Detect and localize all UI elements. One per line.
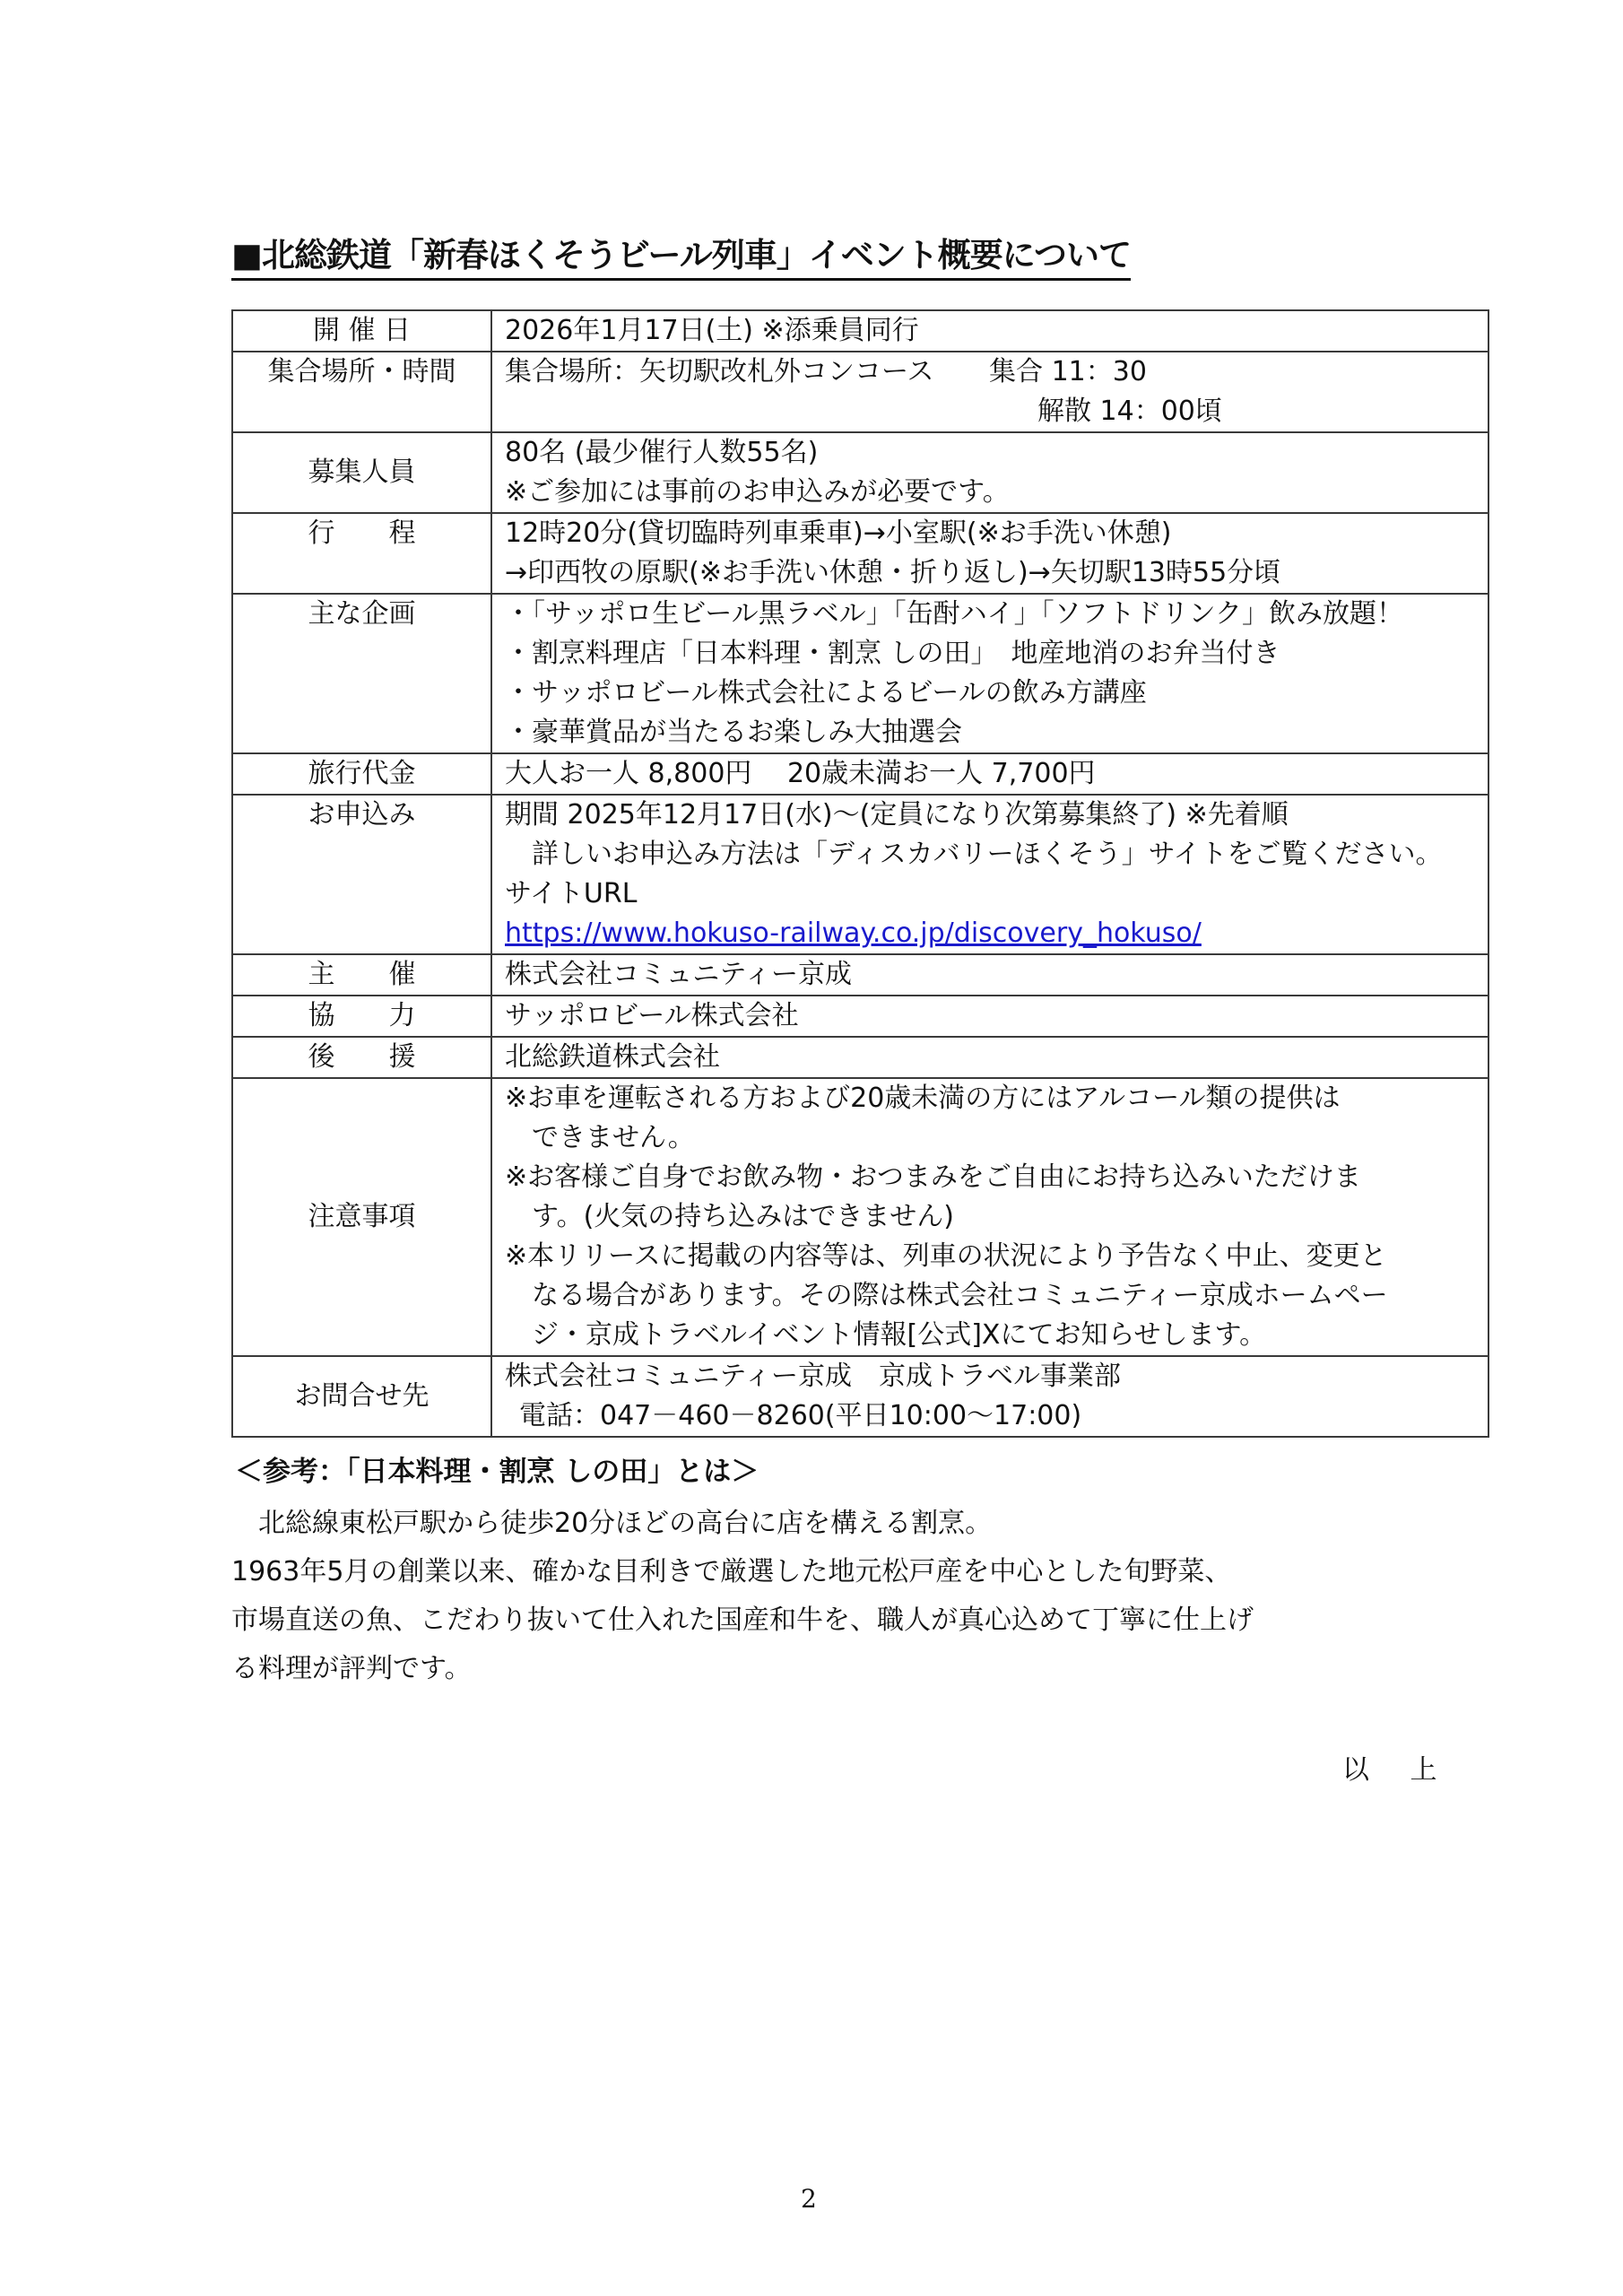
plan-item: ・割烹料理店「日本料理・割烹 しの田」 地産地消のお弁当付き: [505, 634, 1482, 674]
support-value: 北総鉄道株式会社: [505, 1038, 1482, 1077]
cooperation-value: サッポロビール株式会社: [505, 996, 1482, 1036]
table-row-cooperation: 協 力 サッポロビール株式会社: [232, 996, 1488, 1037]
row-label-date: 開 催 日: [232, 310, 491, 352]
meeting-place: 集合場所：矢切駅改札外コンコース: [505, 356, 934, 387]
page-title: ■北総鉄道「新春ほくそうビール列車」イベント概要について: [231, 235, 1131, 281]
row-value-notes: ※お車を運転される方および20歳未満の方にはアルコール類の提供は できません。 …: [491, 1078, 1488, 1356]
price-value: 大人お一人 8,800円 20歳未満お一人 7,700円: [505, 754, 1482, 794]
reference-line: 市場直送の魚、こだわり抜いて仕入れた国産和牛を、職人が真心込めて丁寧に仕上げ: [231, 1596, 1505, 1645]
table-row-organizer: 主 催 株式会社コミュニティー京成: [232, 954, 1488, 996]
table-row-price: 旅行代金 大人お一人 8,800円 20歳未満お一人 7,700円: [232, 753, 1488, 795]
event-overview-table: 開 催 日 2026年1月17日(土) ※添乗員同行 集合場所・時間 集合場所：…: [231, 309, 1489, 1438]
row-label-plans: 主な企画: [232, 594, 491, 753]
reference-body: 北総線東松戸駅から徒歩20分ほどの高台に店を構える割烹。 1963年5月の創業以…: [231, 1500, 1505, 1693]
table-row-support: 後 援 北総鉄道株式会社: [232, 1037, 1488, 1078]
capacity-note: ※ご参加には事前のお申込みが必要です。: [505, 473, 1482, 512]
row-value-meeting: 集合場所：矢切駅改札外コンコース 集合 11：30 解散 14：00頃: [491, 352, 1488, 432]
reference-line: 1963年5月の創業以来、確かな目利きで厳選した地元松戸産を中心とした旬野菜、: [231, 1548, 1505, 1596]
organizer-value: 株式会社コミュニティー京成: [505, 955, 1482, 995]
note-line: ジ・京成トラベルイベント情報[公式]Xにてお知らせします。: [505, 1316, 1482, 1355]
table-row-contact: お問合せ先 株式会社コミュニティー京成 京成トラベル事業部 電話：047－460…: [232, 1356, 1488, 1437]
table-row-date: 開 催 日 2026年1月17日(土) ※添乗員同行: [232, 310, 1488, 352]
table-row-capacity: 募集人員 80名 (最少催行人数55名) ※ご参加には事前のお申込みが必要です。: [232, 432, 1488, 513]
apply-detail: 詳しいお申込み方法は「ディスカバリーほくそう」サイトをご覧ください。: [505, 835, 1482, 874]
plan-item: ・豪華賞品が当たるお楽しみ大抽選会: [505, 713, 1482, 752]
row-label-contact: お問合せ先: [232, 1356, 491, 1437]
row-value-plans: ・「サッポロ生ビール黒ラベル」「缶酎ハイ」「ソフトドリンク」飲み放題！ ・割烹料…: [491, 594, 1488, 753]
row-value-contact: 株式会社コミュニティー京成 京成トラベル事業部 電話：047－460－8260(…: [491, 1356, 1488, 1437]
reference-line: 北総線東松戸駅から徒歩20分ほどの高台に店を構える割烹。: [231, 1500, 1505, 1548]
note-line: できません。: [505, 1118, 1482, 1158]
table-row-apply: お申込み 期間 2025年12月17日(水)～(定員になり次第募集終了) ※先着…: [232, 795, 1488, 954]
row-label-cooperation: 協 力: [232, 996, 491, 1037]
plan-item: ・サッポロビール株式会社によるビールの飲み方講座: [505, 674, 1482, 713]
row-value-capacity: 80名 (最少催行人数55名) ※ご参加には事前のお申込みが必要です。: [491, 432, 1488, 513]
row-value-price: 大人お一人 8,800円 20歳未満お一人 7,700円: [491, 753, 1488, 795]
row-label-meeting: 集合場所・時間: [232, 352, 491, 432]
itinerary-line: →印西牧の原駅(※お手洗い休憩・折り返し)→矢切駅13時55分頃: [505, 553, 1482, 593]
row-value-apply: 期間 2025年12月17日(水)～(定員になり次第募集終了) ※先着順 詳しい…: [491, 795, 1488, 954]
date-value: 2026年1月17日(土) ※添乗員同行: [505, 311, 1482, 351]
site-url-label: サイトURL: [505, 874, 1482, 914]
row-value-organizer: 株式会社コミュニティー京成: [491, 954, 1488, 996]
note-line: なる場合があります。その際は株式会社コミュニティー京成ホームペー: [505, 1276, 1482, 1316]
page-number: 2: [801, 2184, 817, 2213]
row-value-support: 北総鉄道株式会社: [491, 1037, 1488, 1078]
row-label-capacity: 募集人員: [232, 432, 491, 513]
row-label-support: 後 援: [232, 1037, 491, 1078]
row-label-organizer: 主 催: [232, 954, 491, 996]
itinerary-line: 12時20分(貸切臨時列車乗車)→小室駅(※お手洗い休憩): [505, 514, 1482, 553]
capacity-line: 80名 (最少催行人数55名): [505, 433, 1482, 473]
closing-mark: 以 上: [1342, 1747, 1439, 1787]
note-line: ※お客様ご自身でお飲み物・おつまみをご自由にお持ち込みいただけま: [505, 1158, 1482, 1197]
contact-organization: 株式会社コミュニティー京成 京成トラベル事業部: [505, 1357, 1482, 1396]
apply-period: 期間 2025年12月17日(水)～(定員になり次第募集終了) ※先着順: [505, 796, 1482, 835]
table-row-itinerary: 行 程 12時20分(貸切臨時列車乗車)→小室駅(※お手洗い休憩) →印西牧の原…: [232, 513, 1488, 594]
table-row-plans: 主な企画 ・「サッポロ生ビール黒ラベル」「缶酎ハイ」「ソフトドリンク」飲み放題！…: [232, 594, 1488, 753]
table-row-meeting: 集合場所・時間 集合場所：矢切駅改札外コンコース 集合 11：30 解散 14：…: [232, 352, 1488, 432]
contact-phone: 電話：047－460－8260(平日10:00～17:00): [505, 1396, 1482, 1436]
discovery-hokuso-link[interactable]: https://www.hokuso-railway.co.jp/discove…: [505, 918, 1202, 949]
row-value-itinerary: 12時20分(貸切臨時列車乗車)→小室駅(※お手洗い休憩) →印西牧の原駅(※お…: [491, 513, 1488, 594]
note-line: ※お車を運転される方および20歳未満の方にはアルコール類の提供は: [505, 1079, 1482, 1118]
reference-line: る料理が評判です。: [231, 1645, 1505, 1693]
row-value-date: 2026年1月17日(土) ※添乗員同行: [491, 310, 1488, 352]
row-value-cooperation: サッポロビール株式会社: [491, 996, 1488, 1037]
note-line: ※本リリースに掲載の内容等は、列車の状況により予告なく中止、変更と: [505, 1237, 1482, 1276]
row-label-itinerary: 行 程: [232, 513, 491, 594]
meeting-disband-time: 解散 14：00頃: [505, 392, 1482, 431]
note-line: す。(火気の持ち込みはできません): [505, 1197, 1482, 1237]
row-label-notes: 注意事項: [232, 1078, 491, 1356]
row-label-price: 旅行代金: [232, 753, 491, 795]
table-row-notes: 注意事項 ※お車を運転される方および20歳未満の方にはアルコール類の提供は でき…: [232, 1078, 1488, 1356]
reference-heading: ＜参考：「日本料理・割烹 しの田」とは＞: [235, 1448, 759, 1489]
plan-item: ・「サッポロ生ビール黒ラベル」「缶酎ハイ」「ソフトドリンク」飲み放題！: [505, 595, 1482, 634]
row-label-apply: お申込み: [232, 795, 491, 954]
meeting-assemble-time: 集合 11：30: [989, 352, 1147, 392]
